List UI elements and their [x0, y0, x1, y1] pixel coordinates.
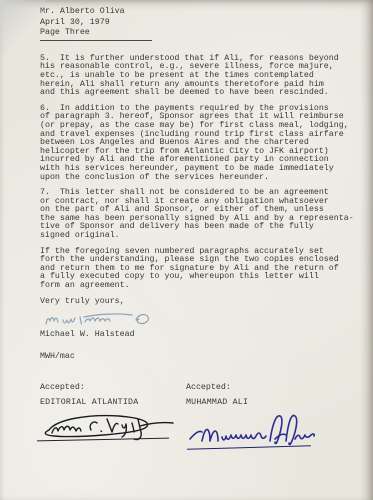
closing-paragraph: If the foregoing seven numbered paragrap…: [40, 248, 361, 291]
acceptance-block: Accepted: EDITORIAL ATLANTIDA Accepted:: [40, 384, 361, 447]
party-name-left: EDITORIAL ATLANTIDA: [40, 399, 186, 408]
ali-signature-strokes: [190, 415, 314, 444]
accepted-label-left: Accepted:: [40, 384, 186, 393]
page-number-line: Page Three: [40, 28, 361, 41]
paragraph-5: 5. It is further understood that if Ali,…: [40, 55, 361, 98]
date-line: April 30, 1979: [40, 18, 361, 29]
valediction: Very truly yours,: [40, 298, 361, 307]
page-number-text: Page Three: [40, 28, 152, 41]
accepted-label-right: Accepted:: [186, 384, 361, 393]
paragraph-7: 7. This letter shall not be considered t…: [40, 189, 361, 241]
halstead-signature-strokes: [46, 314, 148, 324]
letter-page: Mr. Alberto Oliva April 30, 1979 Page Th…: [0, 0, 373, 500]
acceptance-right: Accepted: MUHAMMAD ALI: [186, 384, 361, 447]
reference-initials: MWH/mac: [40, 353, 361, 362]
vigil-signature-strokes: [45, 415, 173, 439]
party-name-right: MUHAMMAD ALI: [186, 399, 361, 408]
recipient-line: Mr. Alberto Oliva: [40, 7, 361, 18]
acceptance-left: Accepted: EDITORIAL ATLANTIDA: [40, 384, 186, 447]
letter-header: Mr. Alberto Oliva April 30, 1979 Page Th…: [40, 7, 361, 41]
halstead-signature: [42, 308, 170, 330]
sender-name: Michael W. Halstead: [40, 331, 361, 340]
ali-signature: [186, 408, 320, 458]
paragraph-6: 6. In addition to the payments required …: [40, 105, 361, 182]
